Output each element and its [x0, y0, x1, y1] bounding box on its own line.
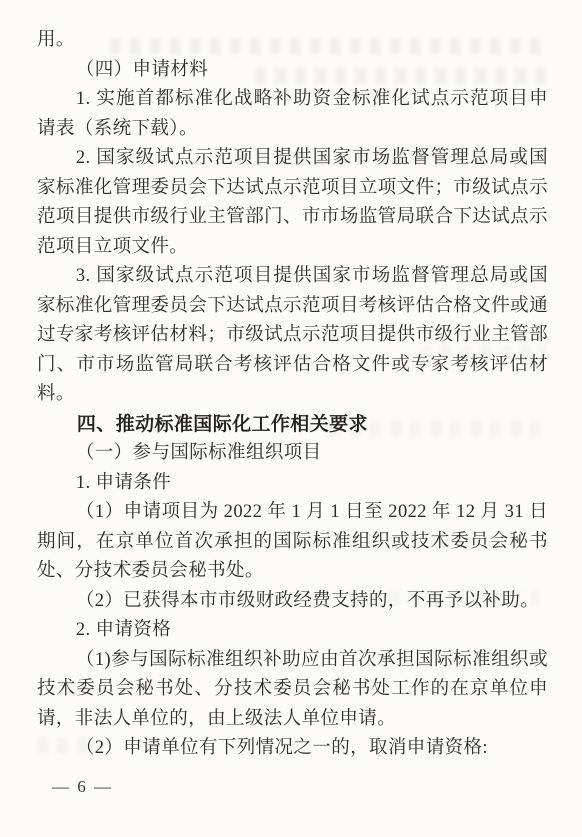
paragraph-eligibility-2-disqualify: （2）申请单位有下列情况之一的，取消申请资格: [37, 734, 548, 764]
paragraph-item-1-application-form: 1. 实施首都标准化战略补助资金标准化试点示范项目申请表（系统下载）。 [37, 85, 548, 144]
paragraph-continuation: 用。 [37, 26, 548, 56]
subheading-part1-intl-standards: （一）参与国际标准组织项目 [37, 439, 548, 469]
paragraph-item-2-approval-files: 2. 国家级试点示范项目提供国家市场监督管理总局或国家标准化管理委员会下达试点示… [37, 144, 548, 262]
page-number: — 6 — [52, 777, 113, 797]
paragraph-condition-2-funding: （2）已获得本市市级财政经费支持的，不再予以补助。 [37, 587, 548, 617]
document-page: 用。 （四）申请材料 1. 实施首都标准化战略补助资金标准化试点示范项目申请表（… [0, 0, 582, 837]
subheading-section4-materials: （四）申请材料 [37, 56, 548, 86]
subheading-application-eligibility: 2. 申请资格 [37, 616, 548, 646]
paragraph-eligibility-1-applicant: （1)参与国际标准组织补助应由首次承担国际标准组织或技术委员会秘书处、分技术委员… [37, 646, 548, 735]
paragraph-condition-1-period: （1）申请项目为 2022 年 1 月 1 日至 2022 年 12 月 31 … [37, 498, 548, 587]
document-body: 用。 （四）申请材料 1. 实施首都标准化战略补助资金标准化试点示范项目申请表（… [37, 26, 548, 764]
paragraph-item-3-assessment-files: 3. 国家级试点示范项目提供国家市场监督管理总局或国家标准化管理委员会下达试点示… [37, 262, 548, 410]
subheading-application-conditions: 1. 申请条件 [37, 469, 548, 499]
heading-section4-international: 四、推动标准国际化工作相关要求 [37, 410, 548, 440]
